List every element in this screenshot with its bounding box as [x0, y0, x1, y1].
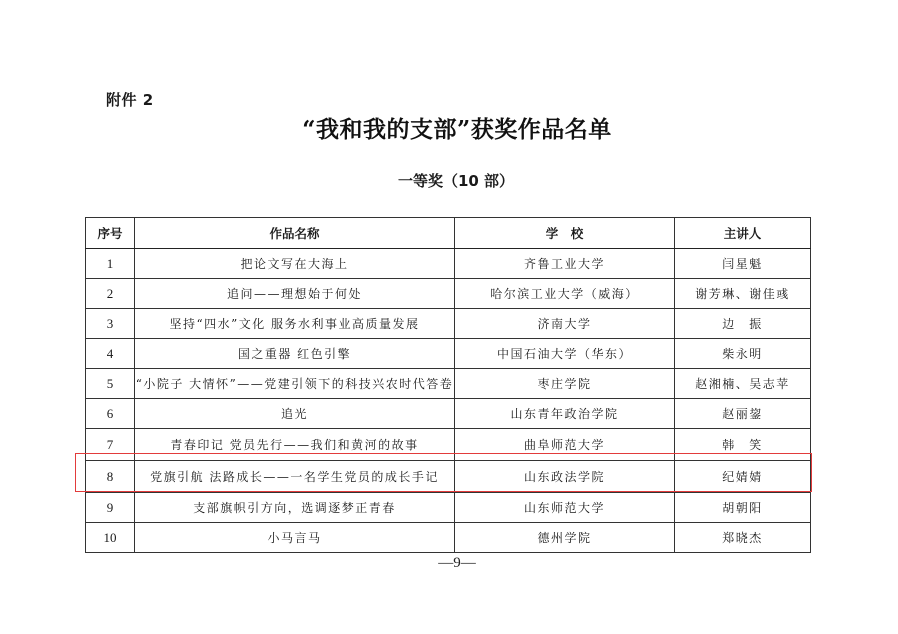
table-row: 10 小马言马 德州学院 郑晓杰 — [86, 523, 811, 553]
award-table: 序号 作品名称 学 校 主讲人 1 把论文写在大海上 齐鲁工业大学 闫星魁 2 … — [85, 217, 811, 553]
cell-presenter: 赵湘楠、吴志苹 — [675, 369, 811, 399]
cell-index: 9 — [86, 493, 135, 523]
cell-work-name: 坚持“四水”文化 服务水利事业高质量发展 — [135, 309, 455, 339]
cell-school: 中国石油大学（华东） — [455, 339, 675, 369]
cell-index: 7 — [86, 429, 135, 461]
cell-index: 6 — [86, 399, 135, 429]
table-row: 3 坚持“四水”文化 服务水利事业高质量发展 济南大学 边 振 — [86, 309, 811, 339]
cell-index: 4 — [86, 339, 135, 369]
table-row: 9 支部旗帜引方向，选调逐梦正青春 山东师范大学 胡朝阳 — [86, 493, 811, 523]
cell-work-name: 党旗引航 法路成长——一名学生党员的成长手记 — [135, 461, 455, 493]
cell-presenter: 闫星魁 — [675, 249, 811, 279]
cell-presenter: 韩 笑 — [675, 429, 811, 461]
cell-presenter: 边 振 — [675, 309, 811, 339]
cell-work-name: 小马言马 — [135, 523, 455, 553]
table-row: 2 追问——理想始于何处 哈尔滨工业大学（威海） 谢芳琳、谢佳彧 — [86, 279, 811, 309]
cell-presenter: 柴永明 — [675, 339, 811, 369]
cell-school: 山东青年政治学院 — [455, 399, 675, 429]
section-title: 一等奖（10 部） — [0, 170, 898, 191]
cell-presenter: 郑晓杰 — [675, 523, 811, 553]
table-row: 6 追光 山东青年政治学院 赵丽鋆 — [86, 399, 811, 429]
cell-work-name: 追光 — [135, 399, 455, 429]
cell-index: 3 — [86, 309, 135, 339]
table-row-highlighted: 8 党旗引航 法路成长——一名学生党员的成长手记 山东政法学院 纪婧婧 — [86, 461, 811, 493]
cell-presenter: 赵丽鋆 — [675, 399, 811, 429]
cell-school: 德州学院 — [455, 523, 675, 553]
header-work-name: 作品名称 — [135, 218, 455, 249]
page-number: —9— — [0, 555, 898, 572]
document-title: “我和我的支部”获奖作品名单 — [0, 111, 898, 144]
cell-presenter: 胡朝阳 — [675, 493, 811, 523]
cell-work-name: 追问——理想始于何处 — [135, 279, 455, 309]
cell-school: 曲阜师范大学 — [455, 429, 675, 461]
cell-school: 山东政法学院 — [455, 461, 675, 493]
cell-school: 齐鲁工业大学 — [455, 249, 675, 279]
cell-work-name: 把论文写在大海上 — [135, 249, 455, 279]
cell-index: 2 — [86, 279, 135, 309]
cell-school: 枣庄学院 — [455, 369, 675, 399]
cell-school: 济南大学 — [455, 309, 675, 339]
table-row: 5 “小院子 大情怀”——党建引领下的科技兴农时代答卷 枣庄学院 赵湘楠、吴志苹 — [86, 369, 811, 399]
table-row: 1 把论文写在大海上 齐鲁工业大学 闫星魁 — [86, 249, 811, 279]
cell-index: 5 — [86, 369, 135, 399]
cell-work-name: 支部旗帜引方向，选调逐梦正青春 — [135, 493, 455, 523]
attachment-label: 附件 2 — [106, 89, 154, 110]
header-index: 序号 — [86, 218, 135, 249]
cell-work-name: 青春印记 党员先行——我们和黄河的故事 — [135, 429, 455, 461]
cell-index: 8 — [86, 461, 135, 493]
header-school: 学 校 — [455, 218, 675, 249]
cell-work-name: “小院子 大情怀”——党建引领下的科技兴农时代答卷 — [135, 369, 455, 399]
table-header-row: 序号 作品名称 学 校 主讲人 — [86, 218, 811, 249]
cell-index: 1 — [86, 249, 135, 279]
cell-presenter: 纪婧婧 — [675, 461, 811, 493]
table-row: 7 青春印记 党员先行——我们和黄河的故事 曲阜师范大学 韩 笑 — [86, 429, 811, 461]
cell-school: 哈尔滨工业大学（威海） — [455, 279, 675, 309]
cell-school: 山东师范大学 — [455, 493, 675, 523]
cell-presenter: 谢芳琳、谢佳彧 — [675, 279, 811, 309]
header-presenter: 主讲人 — [675, 218, 811, 249]
table-row: 4 国之重器 红色引擎 中国石油大学（华东） 柴永明 — [86, 339, 811, 369]
cell-work-name: 国之重器 红色引擎 — [135, 339, 455, 369]
cell-index: 10 — [86, 523, 135, 553]
